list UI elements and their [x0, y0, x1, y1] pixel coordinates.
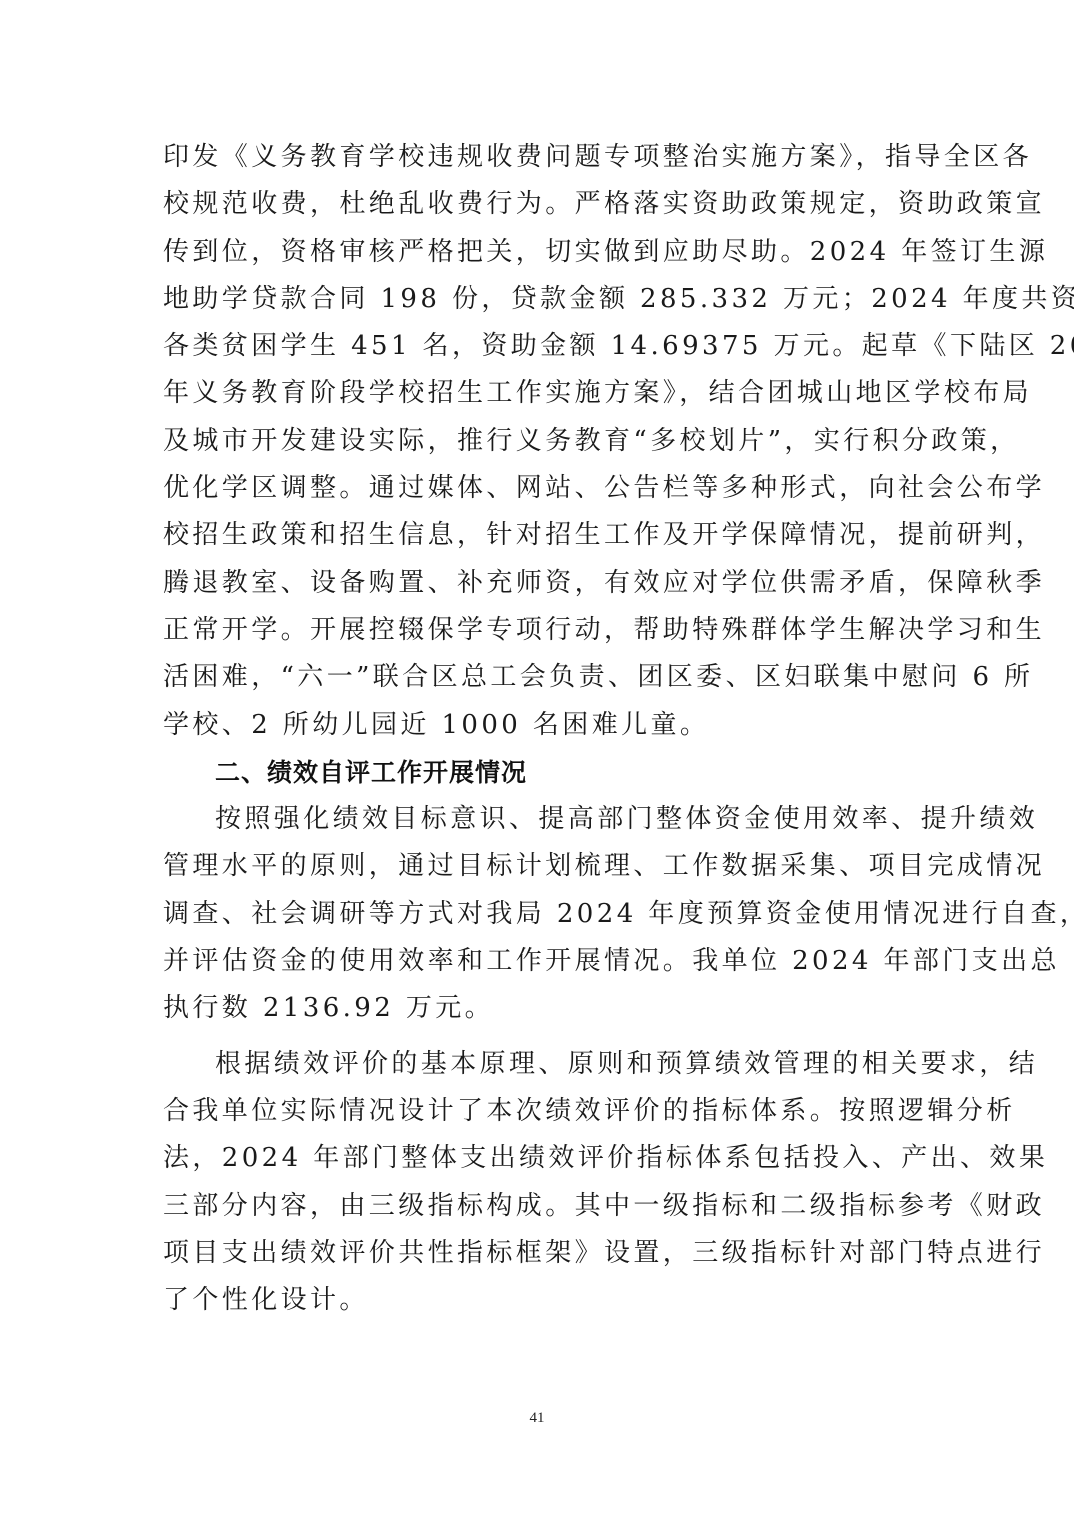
paragraph-self-evaluation: 按照强化绩效目标意识、提高部门整体资金使用效率、提升绩效 管理水平的原则，通过目…: [163, 796, 913, 1032]
text-line: 活困难，“六一”联合区总工会负责、团区委、区妇联集中慰问 6 所: [163, 654, 910, 701]
text-line: 校规范收费，杜绝乱收费行为。严格落实资助政策规定，资助政策宣: [163, 181, 910, 228]
text-line: 各类贫困学生 451 名，资助金额 14.69375 万元。起草《下陆区 202…: [163, 323, 910, 370]
text-line: 根据绩效评价的基本原理、原则和预算绩效管理的相关要求，结: [163, 1041, 910, 1088]
text-line: 管理水平的原则，通过目标计划梳理、工作数据采集、项目完成情况: [163, 843, 910, 890]
document-page: 印发《义务教育学校违规收费问题专项整治实施方案》，指导全区各 校规范收费，杜绝乱…: [0, 0, 1074, 1520]
paragraph-spacer: [163, 1033, 913, 1041]
text-line: 调查、社会调研等方式对我局 2024 年度预算资金使用情况进行自查，: [163, 891, 910, 938]
text-line: 学校、2 所幼儿园近 1000 名困难儿童。: [163, 702, 910, 749]
text-line: 传到位，资格审核严格把关，切实做到应助尽助。2024 年签订生源: [163, 229, 910, 276]
text-line: 并评估资金的使用效率和工作开展情况。我单位 2024 年部门支出总: [163, 938, 910, 985]
paragraph-funding-enrollment: 印发《义务教育学校违规收费问题专项整治实施方案》，指导全区各 校规范收费，杜绝乱…: [163, 134, 913, 749]
text-line: 及城市开发建设实际，推行义务教育“多校划片”，实行积分政策，: [163, 418, 910, 465]
page-number: 41: [0, 1410, 1074, 1427]
text-line: 项目支出绩效评价共性指标框架》设置，三级指标针对部门特点进行: [163, 1230, 910, 1277]
text-line: 地助学贷款合同 198 份，贷款金额 285.332 万元；2024 年度共资助: [163, 276, 910, 323]
text-line: 正常开学。开展控辍保学专项行动，帮助特殊群体学生解决学习和生: [163, 607, 910, 654]
text-line: 法，2024 年部门整体支出绩效评价指标体系包括投入、产出、效果: [163, 1135, 910, 1182]
text-line: 三部分内容，由三级指标构成。其中一级指标和二级指标参考《财政: [163, 1183, 910, 1230]
text-line: 腾退教室、设备购置、补充师资，有效应对学位供需矛盾，保障秋季: [163, 560, 910, 607]
paragraph-indicator-system: 根据绩效评价的基本原理、原则和预算绩效管理的相关要求，结 合我单位实际情况设计了…: [163, 1041, 913, 1325]
text-line: 印发《义务教育学校违规收费问题专项整治实施方案》，指导全区各: [163, 134, 910, 181]
section-heading: 二、绩效自评工作开展情况: [163, 749, 913, 796]
text-line: 校招生政策和招生信息，针对招生工作及开学保障情况，提前研判，: [163, 512, 910, 559]
text-line: 年义务教育阶段学校招生工作实施方案》，结合团城山地区学校布局: [163, 370, 910, 417]
body-text: 印发《义务教育学校违规收费问题专项整治实施方案》，指导全区各 校规范收费，杜绝乱…: [163, 134, 913, 1324]
text-line: 按照强化绩效目标意识、提高部门整体资金使用效率、提升绩效: [163, 796, 910, 843]
text-line: 优化学区调整。通过媒体、网站、公告栏等多种形式，向社会公布学: [163, 465, 910, 512]
text-line: 了个性化设计。: [163, 1277, 910, 1324]
text-line: 执行数 2136.92 万元。: [163, 985, 910, 1032]
text-line: 合我单位实际情况设计了本次绩效评价的指标体系。按照逻辑分析: [163, 1088, 910, 1135]
